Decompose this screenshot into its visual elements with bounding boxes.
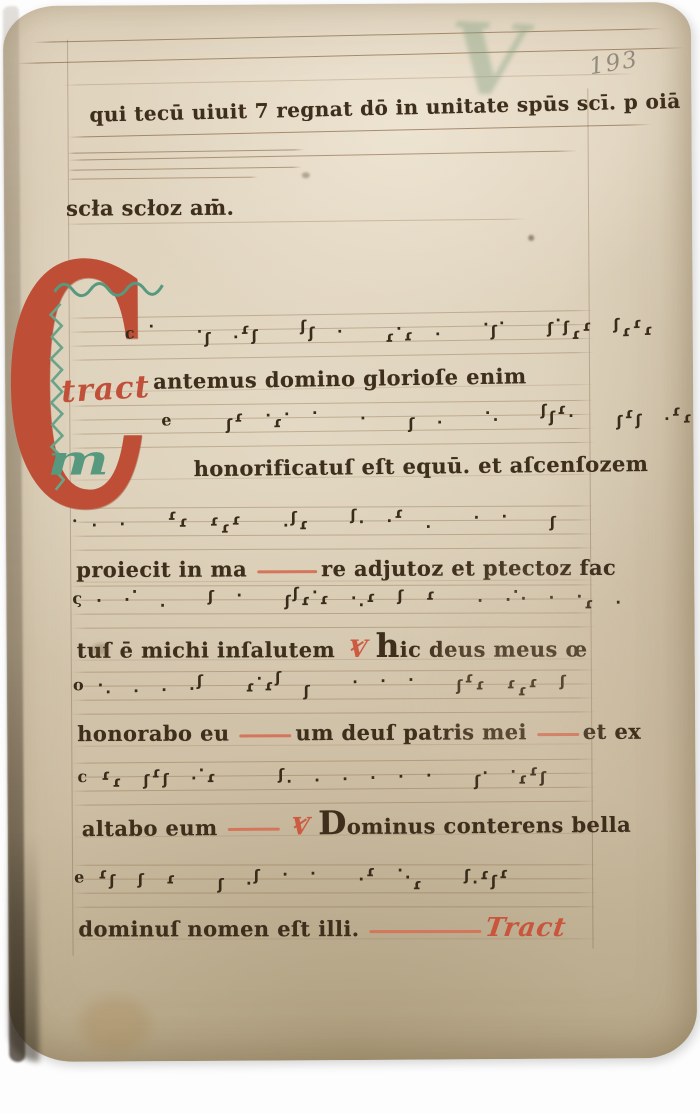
neume-mark: ʃ — [541, 401, 549, 419]
neume-mark: ʃ — [550, 513, 558, 531]
neume-mark: · — [472, 873, 480, 891]
neume-mark: · — [199, 761, 207, 779]
header-text-line-1: qui tecū uiuit 7 regnat dō in unitate sp… — [89, 89, 681, 127]
neume-row: c· ·ʃ ·ɾʃ ʃʃ · ɾ·ɾ · ·ʃ· ʃ·ʃɾɾ ʃɾɾɾ — [125, 316, 655, 343]
neume-mark: · — [351, 589, 359, 607]
ruled-line — [68, 149, 304, 154]
neume-mark: · — [405, 868, 413, 886]
neume-mark: ɾ — [366, 588, 377, 606]
photo-background: V 193 qui tecū uiuit 7 regnat dō in unit… — [0, 0, 700, 1114]
neume-mark: ʃ — [291, 508, 299, 526]
neume-mark: ɾ — [98, 865, 109, 883]
neume-mark: ʃ — [549, 408, 557, 426]
tract-rubric-in-initial: tract — [60, 369, 151, 410]
clef-letter: ς — [72, 589, 84, 608]
neume-mark: ʃ — [143, 771, 151, 789]
chant-text-line: honorificatuſ eſt equū. et aſcenſozem — [193, 451, 654, 481]
neume-mark: ʃ — [474, 772, 482, 790]
neume-mark: · — [664, 410, 672, 428]
ink-speck — [528, 235, 534, 241]
chant-text-line: antemus domino glorioſe enim — [153, 363, 533, 394]
ruled-line — [33, 28, 663, 43]
neume-mark: · — [360, 409, 368, 427]
neume-mark: · — [133, 682, 141, 700]
neume-mark: · — [284, 405, 292, 423]
ruled-line — [68, 177, 258, 181]
chant-words: honorabo eu — [77, 721, 229, 747]
neume-mark: ʃ — [350, 506, 358, 524]
page-corner-shadow — [8, 832, 39, 1062]
neume-mark: ɾ — [299, 515, 310, 533]
neume-mark: · — [310, 864, 318, 882]
neume-mark: · — [132, 583, 140, 601]
neume-mark: · — [161, 681, 169, 699]
neume-mark: · — [499, 314, 507, 332]
neume-mark: ʃ — [547, 319, 556, 337]
versicle-mark-icon: V — [291, 811, 310, 840]
manuscript-page: V 193 qui tecū uiuit 7 regnat dō in unit… — [3, 2, 697, 1062]
neume-mark: · — [352, 673, 360, 691]
neume-mark: · — [370, 769, 378, 787]
chant-words: antemus domino glorioſe enim — [153, 363, 527, 394]
red-filler-line — [228, 828, 280, 831]
neume-mark: ʃ — [293, 584, 301, 602]
parchment-mottling — [436, 562, 617, 783]
parchment-stain — [79, 997, 151, 1051]
neume-mark: ɾ — [301, 591, 312, 609]
neume-mark: · — [342, 770, 350, 788]
neume-mark: ɾ — [683, 409, 694, 427]
neume-mark: ʃ — [285, 592, 293, 610]
neume-mark: ɾ — [582, 317, 593, 335]
neume-mark: · — [380, 672, 388, 690]
neume-mark: · — [197, 323, 205, 341]
neume-mark: ʃ — [208, 587, 216, 605]
neume-mark: ʃ — [304, 682, 312, 700]
ruled-lines-layer — [3, 2, 691, 6]
neume-mark: ʃ — [563, 318, 572, 336]
neume-mark: ʃ — [138, 870, 146, 888]
neume-row: e ʃɾ ·ɾ· · · ʃ · ·· ʃʃɾ· ʃɾʃ ·ɾɾ — [161, 405, 693, 430]
neume-mark: ɾ — [234, 408, 245, 426]
neume-mark: · — [474, 508, 482, 526]
neume-mark: ɾ — [206, 768, 217, 786]
neume-mark: · — [483, 315, 491, 333]
ruled-line — [61, 73, 636, 86]
ruled-line — [17, 47, 685, 64]
chant-words: dominuſ nomen eſt illi. — [78, 916, 359, 941]
neume-mark: ɾ — [622, 322, 633, 340]
neume-mark: ɾ — [179, 513, 190, 531]
neume-mark: · — [256, 669, 264, 687]
neume-mark: ɾ — [221, 519, 232, 537]
neume-mark: · — [568, 407, 576, 425]
neume-mark: ɾ — [366, 862, 377, 880]
neume-mark: · — [191, 769, 199, 787]
neume-mark: · — [615, 593, 623, 611]
chant-text-line: altabo eumVDominus conterens bella — [82, 809, 637, 842]
neume-mark: ʃ — [197, 672, 205, 690]
neume-mark: · — [282, 865, 290, 883]
end-rubric: Tract — [483, 913, 568, 943]
neume-mark: ʃ — [275, 668, 283, 686]
chant-text-line: dominuſ nomen eſt illi.Tract — [78, 913, 566, 943]
neume-mark: ɾ — [643, 321, 654, 339]
neume-mark: · — [105, 683, 113, 701]
ruled-line — [72, 906, 598, 908]
neume-mark: ʃ — [308, 324, 317, 342]
neume-mark: · — [396, 320, 404, 338]
neume-mark: · — [265, 406, 273, 424]
tall-initial: h — [376, 626, 400, 665]
neume-mark: ʃ — [491, 322, 500, 340]
neume-mark: · — [312, 583, 320, 601]
neume-mark: · — [426, 766, 434, 784]
neume-mark: ɾ — [394, 504, 405, 522]
neume-mark: ʃ — [251, 327, 260, 345]
neume-mark: ɾ — [632, 314, 643, 332]
ruled-line — [68, 167, 302, 171]
neume-mark: · — [337, 322, 345, 340]
chant-words: altabo eum — [82, 815, 218, 841]
ruled-line — [72, 892, 598, 894]
neume-mark: · — [119, 515, 127, 533]
neume-mark: · — [160, 596, 168, 614]
neume-mark: · — [359, 596, 367, 614]
neume-mark: ɾ — [385, 328, 396, 346]
ink-speck — [302, 172, 310, 178]
neume-mark: · — [96, 592, 104, 610]
chant-words: proiecit in ma — [76, 556, 247, 582]
clef-letter: c — [77, 767, 89, 786]
versicle-mark-icon: V — [349, 634, 368, 663]
neume-mark: ʃ — [397, 587, 405, 605]
neume-mark: ɾ — [426, 586, 437, 604]
neume-mark: ɾ — [320, 590, 331, 608]
neume-mark: · — [312, 404, 320, 422]
folio-number: 193 — [587, 46, 640, 80]
neume-mark: · — [283, 516, 291, 534]
neume-row: ·· · ɾɾ ɾɾɾ ·ʃɾ ʃ· ·ɾ · · · ʃ — [72, 509, 558, 530]
neume-mark: · — [189, 680, 197, 698]
clef-letter: e — [161, 410, 173, 429]
chant-words: Dominus conterens bella — [318, 810, 631, 839]
neume-mark: ɾ — [245, 677, 256, 695]
neume-mark: ɾ — [571, 325, 582, 343]
neume-mark: ɾ — [557, 400, 568, 418]
chant-words: tuſ ē michi inſalutem — [77, 637, 335, 663]
neume-mark: · — [286, 772, 294, 790]
neume-mark: ɾ — [232, 511, 243, 529]
neume-mark: ʃ — [204, 329, 213, 347]
neume-mark: · — [485, 404, 493, 422]
neume-mark: · — [359, 513, 367, 531]
neume-mark: · — [386, 512, 394, 530]
neume-mark: ɾ — [624, 404, 635, 422]
neume-mark: ʃ — [109, 872, 117, 890]
neume-mark: ɾ — [264, 676, 275, 694]
red-filler-line — [369, 930, 481, 933]
neume-mark: ɾ — [151, 763, 162, 781]
neume-mark: · — [398, 768, 406, 786]
neume-mark: ɾ — [101, 766, 112, 784]
neume-mark: · — [246, 874, 254, 892]
neume-mark: ɾ — [112, 773, 123, 791]
neume-mark: ʃ — [613, 315, 622, 333]
neume-mark: · — [435, 325, 443, 343]
neume-mark: ʃ — [162, 770, 170, 788]
neume-mark: · — [555, 311, 563, 329]
neume-mark: · — [358, 870, 366, 888]
neume-mark: ʃ — [300, 317, 309, 335]
neume-mark: ɾ — [166, 869, 177, 887]
neume-mark: ʃ — [254, 866, 262, 884]
neume-mark: ɾ — [413, 875, 424, 893]
tall-initial: D — [318, 803, 347, 842]
neume-mark: · — [493, 411, 501, 429]
neume-mark: · — [236, 586, 244, 604]
neume-mark: ɾ — [168, 506, 179, 524]
neume-mark: · — [314, 771, 322, 789]
parchment-smudge — [93, 643, 108, 655]
neume-mark: ɾ — [273, 413, 284, 431]
ruled-line — [72, 864, 598, 866]
decorated-initial-C: C tract m — [6, 259, 158, 540]
neume-mark: ʃ — [635, 411, 643, 429]
neume-row: eɾʃ ʃ ɾ ʃ ·ʃ · · ·ɾ ··ɾ ʃ·ɾʃɾ — [74, 867, 510, 886]
clef-letter: c — [125, 324, 137, 343]
neume-row: cɾɾ ʃɾʃ ··ɾ ʃ· · · · · · ʃ· ·ɾɾʃ — [77, 763, 548, 786]
neume-mark: ɾ — [672, 402, 683, 420]
neume-mark: ʃ — [218, 875, 226, 893]
neume-mark: ʃ — [491, 872, 499, 890]
neume-mark: ʃ — [464, 866, 472, 884]
neume-mark: ʃ — [226, 416, 234, 434]
neume-mark: ɾ — [210, 512, 221, 530]
neume-mark: ɾ — [240, 320, 251, 338]
neume-mark: · — [148, 317, 156, 335]
neume-mark: · — [437, 413, 445, 431]
clef-letter: o — [73, 675, 86, 694]
chant-systems-layer: c· ·ʃ ·ɾʃ ʃʃ · ɾ·ɾ · ·ʃ· ʃ·ʃɾɾ ʃɾɾɾantem… — [3, 2, 691, 6]
neume-mark: · — [98, 676, 106, 694]
red-filler-line — [239, 734, 291, 737]
neume-mark: ʃ — [278, 765, 286, 783]
neume-mark: ɾ — [404, 326, 415, 344]
chant-words: honorificatuſ eſt equū. et aſcenſozem — [193, 451, 648, 481]
green-m-flourish: m — [47, 435, 113, 484]
neume-mark: · — [397, 861, 405, 879]
neume-mark: ʃ — [408, 415, 416, 433]
red-filler-line — [257, 570, 317, 573]
clef-letter: · — [72, 511, 80, 530]
ruled-line — [68, 124, 652, 138]
neume-mark: · — [91, 516, 99, 534]
neume-mark: · — [124, 591, 132, 609]
neume-mark: · — [501, 507, 509, 525]
neume-mark: ʃ — [616, 412, 624, 430]
neume-mark: ɾ — [480, 865, 491, 883]
neume-mark: · — [408, 671, 416, 689]
neume-mark: ɾ — [499, 864, 510, 882]
clef-letter: e — [74, 868, 86, 887]
green-wave-flourish-icon — [54, 273, 204, 304]
neume-mark: · — [425, 518, 433, 536]
